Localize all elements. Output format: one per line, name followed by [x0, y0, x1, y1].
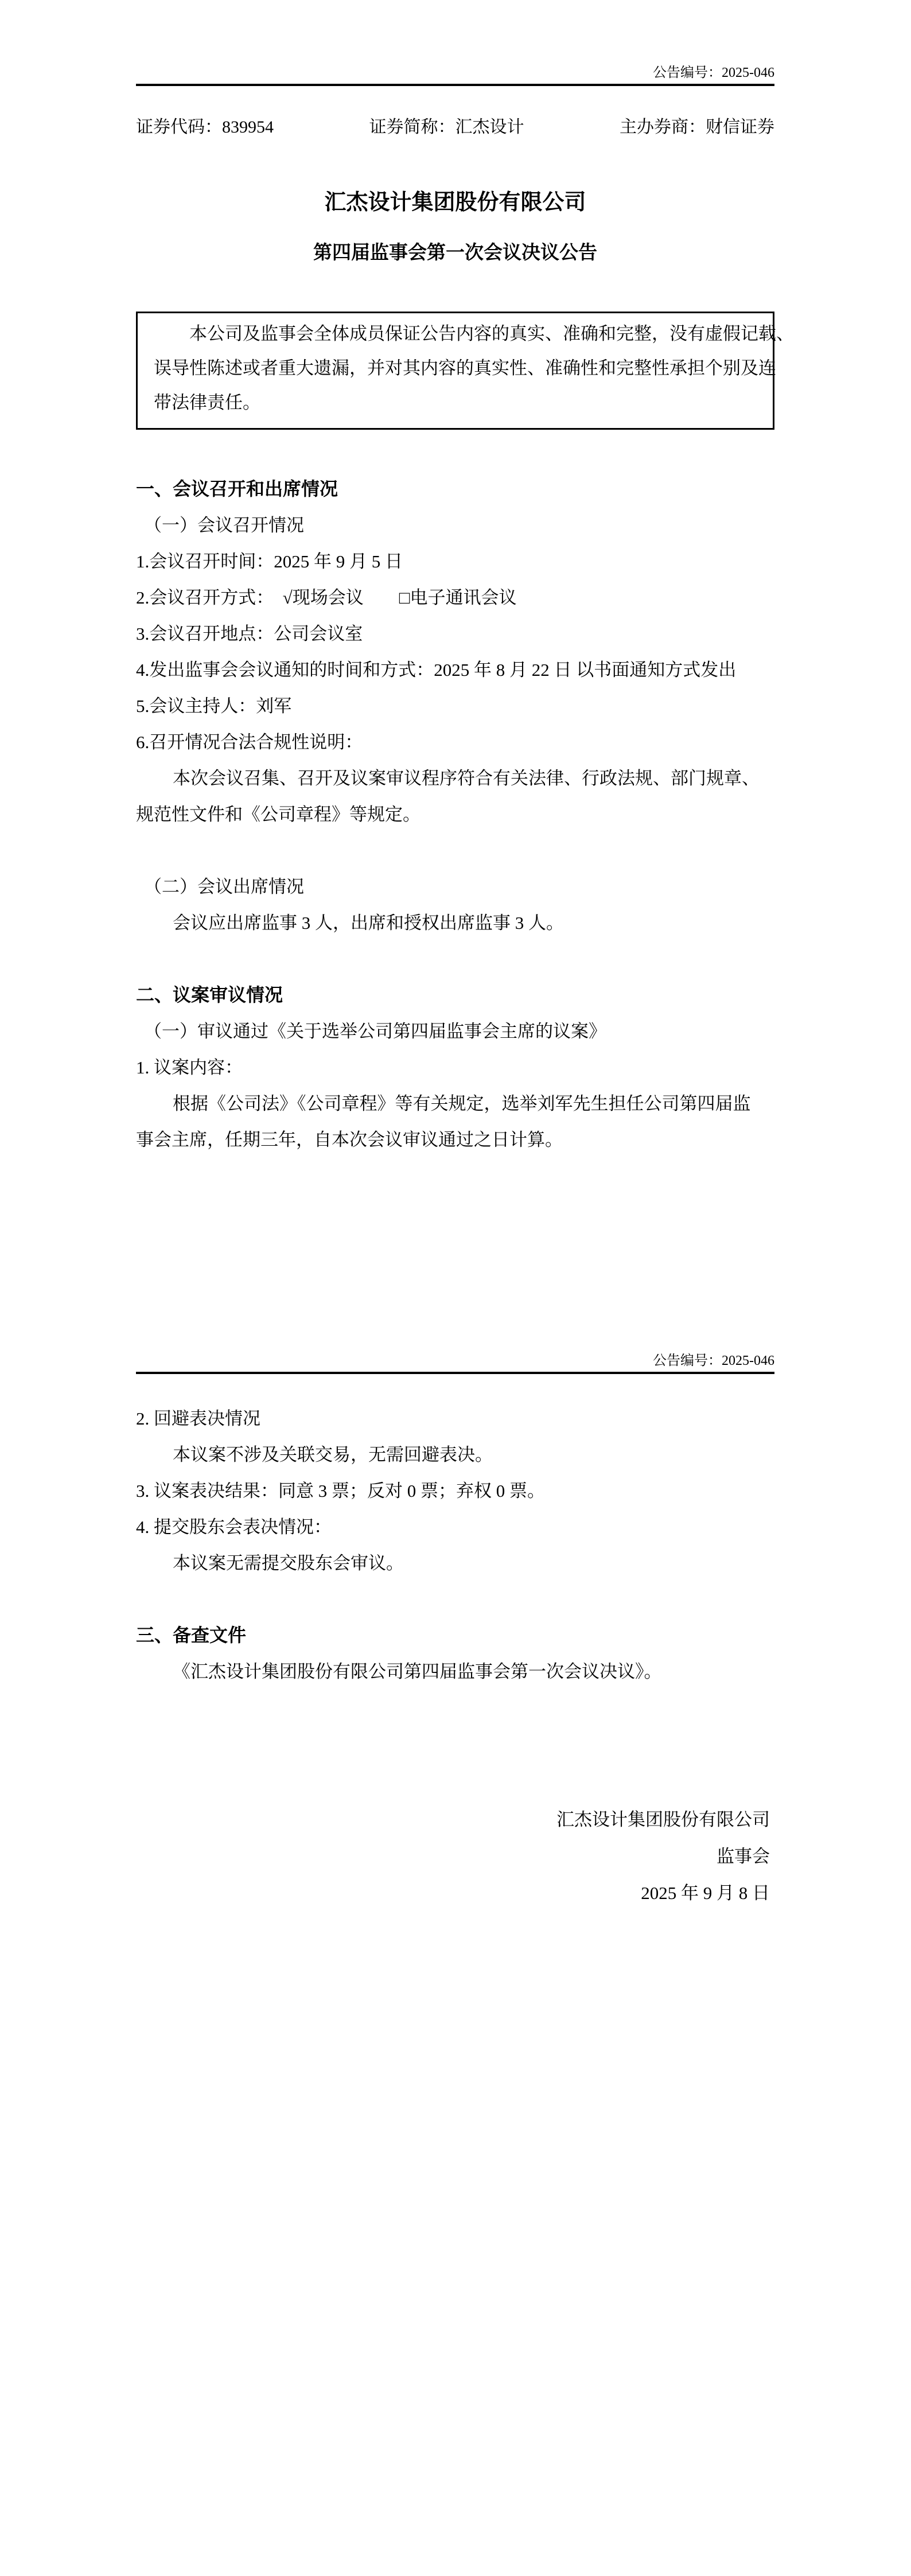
page-2: 公告编号：2025-046 2. 回避表决情况本议案不涉及关联交易，无需回避表决… [0, 1288, 911, 2576]
doc-line [136, 832, 774, 869]
doc-line: 本议案无需提交股东会审议。 [136, 1545, 774, 1581]
doc-line: 本议案不涉及关联交易，无需回避表决。 [136, 1437, 774, 1473]
doc-line: （一）审议通过《关于选举公司第四届监事会主席的议案》 [136, 1013, 774, 1049]
doc-line: 规范性文件和《公司章程》等规定。 [136, 796, 774, 832]
doc-line: 本次会议召集、召开及议案审议程序符合有关法律、行政法规、部门规章、 [136, 760, 774, 796]
header-rule [136, 1372, 774, 1374]
page-1-content: 公告编号：2025-046 证券代码：839954 证券简称：汇杰设计 主办券商… [136, 0, 774, 1158]
doc-line: 4. 提交股东会表决情况： [136, 1509, 774, 1545]
section-heading: 三、备查文件 [136, 1617, 774, 1653]
doc-line: 2.会议召开方式： √现场会议 □电子通讯会议 [136, 579, 774, 616]
doc-line: 1.会议召开时间：2025 年 9 月 5 日 [136, 543, 774, 579]
announcement-number: 公告编号：2025-046 [136, 0, 774, 81]
header-rule [136, 84, 774, 86]
announcement-number: 公告编号：2025-046 [136, 1288, 774, 1369]
doc-line: 3.会议召开地点：公司会议室 [136, 616, 774, 652]
doc-line: 1. 议案内容： [136, 1049, 774, 1085]
page-2-body: 2. 回避表决情况本议案不涉及关联交易，无需回避表决。3. 议案表决结果：同意 … [136, 1400, 774, 1690]
doc-title-line-2: 第四届监事会第一次会议决议公告 [136, 240, 774, 266]
document-page: { "page1": { "announcement_no": "公告编号：20… [0, 0, 911, 2576]
doc-line: 《汇杰设计集团股份有限公司第四届监事会第一次会议决议》。 [136, 1653, 774, 1690]
section-heading: 二、议案审议情况 [136, 977, 774, 1013]
doc-line: （一）会议召开情况 [136, 507, 774, 543]
disclaimer-box: 本公司及监事会全体成员保证公告内容的真实、准确和完整，没有虚假记载、 误导性陈述… [136, 312, 774, 430]
doc-line [136, 941, 774, 977]
signature-board: 监事会 [136, 1838, 770, 1875]
disclaimer-line: 带法律责任。 [154, 386, 757, 420]
doc-line: 4.发出监事会会议通知的时间和方式：2025 年 8 月 22 日 以书面通知方… [136, 652, 774, 688]
stock-code: 证券代码：839954 [136, 116, 274, 139]
doc-title-line-1: 汇杰设计集团股份有限公司 [136, 189, 774, 216]
doc-line: 会议应出席监事 3 人，出席和授权出席监事 3 人。 [136, 905, 774, 941]
stock-short-name: 证券简称：汇杰设计 [369, 116, 524, 139]
sponsor-broker: 主办券商：财信证券 [620, 116, 774, 139]
page-1-body: 一、会议召开和出席情况（一）会议召开情况1.会议召开时间：2025 年 9 月 … [136, 471, 774, 1158]
securities-info-row: 证券代码：839954 证券简称：汇杰设计 主办券商：财信证券 [136, 116, 774, 139]
doc-line: 3. 议案表决结果：同意 3 票；反对 0 票；弃权 0 票。 [136, 1473, 774, 1509]
signature-company: 汇杰设计集团股份有限公司 [136, 1801, 770, 1838]
doc-line: 2. 回避表决情况 [136, 1400, 774, 1437]
disclaimer-line: 本公司及监事会全体成员保证公告内容的真实、准确和完整，没有虚假记载、 [154, 317, 757, 351]
signature-block: 汇杰设计集团股份有限公司 监事会 2025 年 9 月 8 日 [136, 1801, 774, 1912]
section-heading: 一、会议召开和出席情况 [136, 471, 774, 507]
doc-line: （二）会议出席情况 [136, 869, 774, 905]
doc-line: 根据《公司法》《公司章程》等有关规定，选举刘军先生担任公司第四届监 [136, 1085, 774, 1122]
doc-line [136, 1581, 774, 1617]
doc-line: 5.会议主持人：刘军 [136, 688, 774, 724]
disclaimer-line: 误导性陈述或者重大遗漏，并对其内容的真实性、准确性和完整性承担个别及连 [154, 351, 757, 386]
doc-line: 事会主席，任期三年，自本次会议审议通过之日计算。 [136, 1122, 774, 1158]
page-2-content: 公告编号：2025-046 2. 回避表决情况本议案不涉及关联交易，无需回避表决… [136, 1288, 774, 1912]
page-1: 公告编号：2025-046 证券代码：839954 证券简称：汇杰设计 主办券商… [0, 0, 911, 1288]
signature-date: 2025 年 9 月 8 日 [136, 1875, 770, 1912]
doc-line: 6.召开情况合法合规性说明： [136, 724, 774, 760]
